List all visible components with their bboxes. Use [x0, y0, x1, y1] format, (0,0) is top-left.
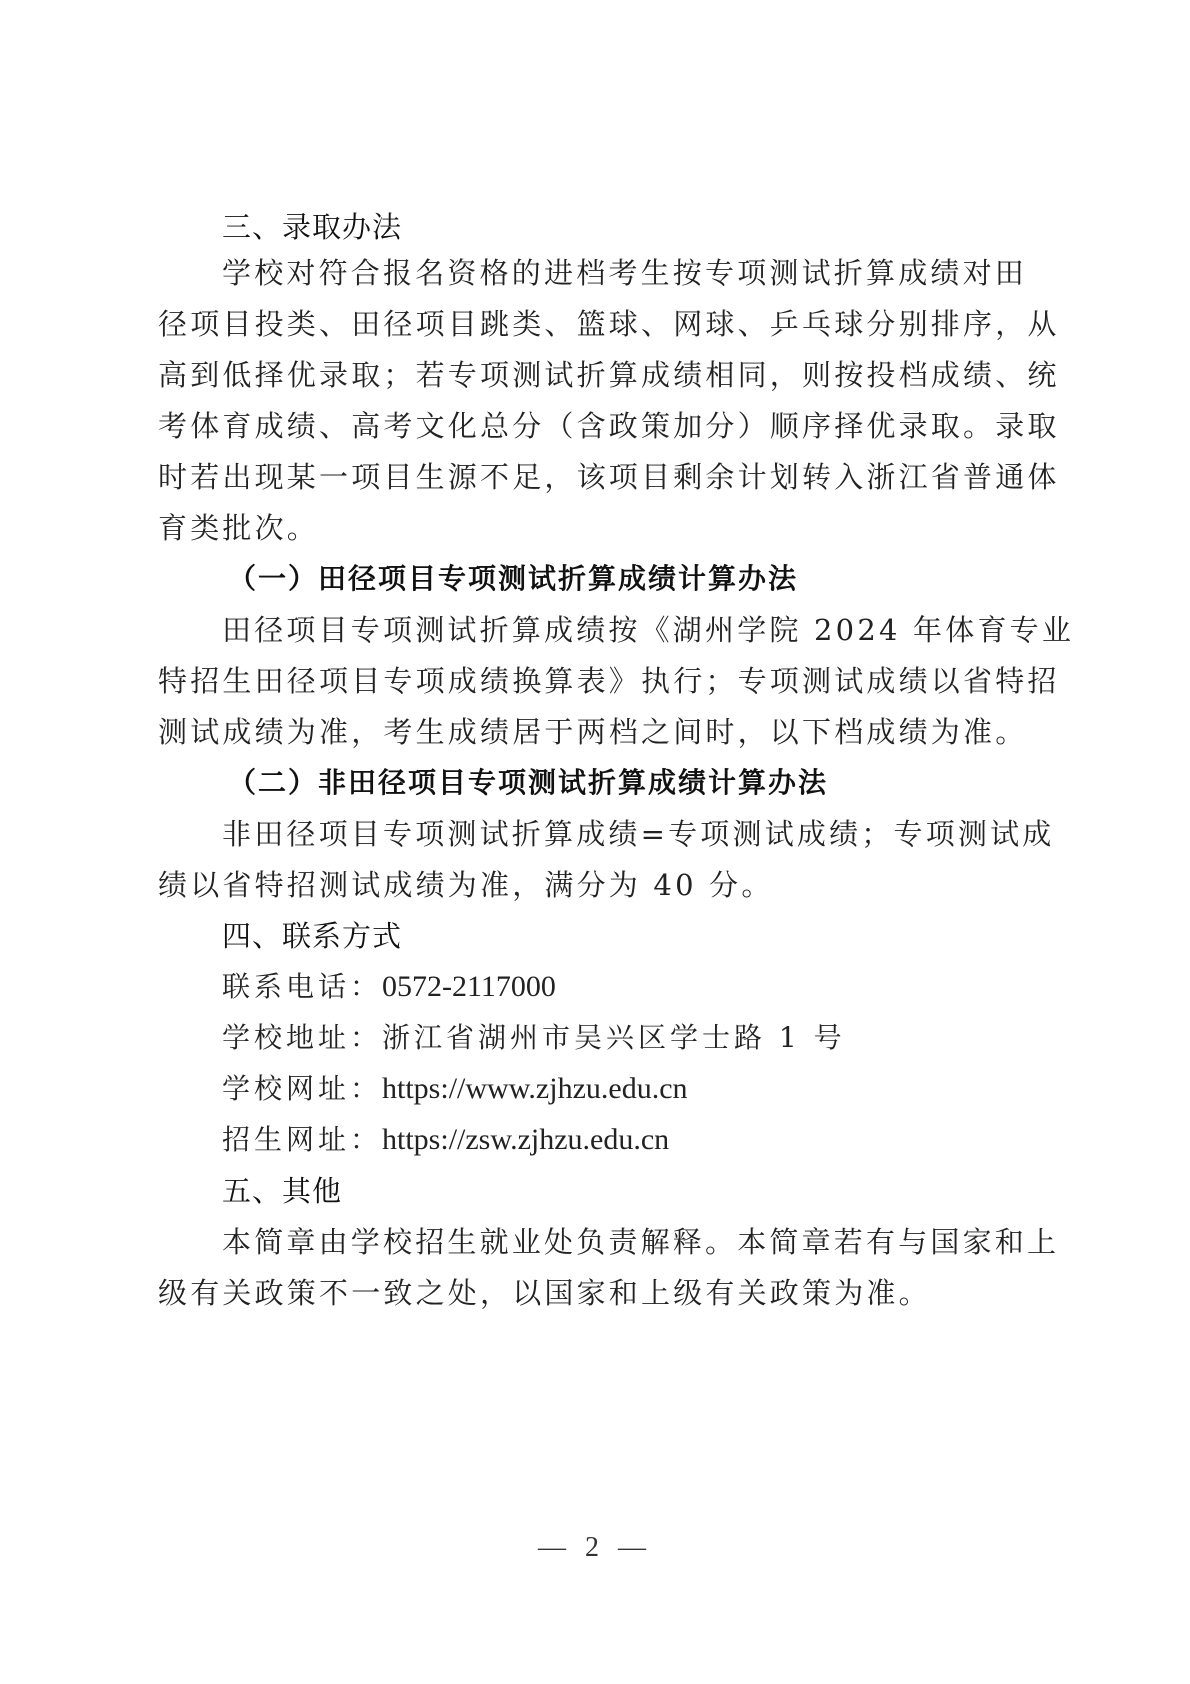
paragraph-line: 本简章由学校招生就业处负责解释。本简章若有与国家和上 — [222, 1222, 992, 1262]
paragraph-line: 绩以省特招测试成绩为准，满分为 40 分。 — [158, 865, 992, 905]
section-heading-admission: 三、录取办法 — [222, 207, 402, 247]
paragraph-line: 非田径项目专项测试折算成绩=专项测试成绩；专项测试成 — [222, 814, 992, 854]
paragraph-line: 径项目投类、田径项目跳类、篮球、网球、乒乓球分别排序，从 — [158, 304, 992, 344]
page-number: — 2 — — [0, 1532, 1190, 1564]
section-heading-other: 五、其他 — [222, 1171, 342, 1211]
contact-phone: 联系电话：0572-2117000 — [222, 967, 556, 1007]
document-page: 三、录取办法 学校对符合报名资格的进档考生按专项测试折算成绩对田 径项目投类、田… — [0, 0, 1190, 1684]
subheading-track-field: （一）田径项目专项测试折算成绩计算办法 — [228, 559, 798, 599]
contact-school-website: 学校网址：https://www.zjhzu.edu.cn — [222, 1069, 688, 1109]
contact-label: 学校网址： — [222, 1072, 382, 1105]
paragraph-line: 测试成绩为准，考生成绩居于两档之间时，以下档成绩为准。 — [158, 712, 992, 752]
paragraph-line: 考体育成绩、高考文化总分（含政策加分）顺序择优录取。录取 — [158, 406, 992, 446]
contact-label: 招生网址： — [222, 1123, 382, 1156]
school-website-link[interactable]: https://www.zjhzu.edu.cn — [382, 1072, 688, 1105]
paragraph-line: 学校对符合报名资格的进档考生按专项测试折算成绩对田 — [222, 253, 992, 293]
paragraph-line: 特招生田径项目专项成绩换算表》执行；专项测试成绩以省特招 — [158, 661, 992, 701]
contact-admission-website: 招生网址：https://zsw.zjhzu.edu.cn — [222, 1120, 669, 1160]
phone-number: 0572-2117000 — [382, 970, 556, 1003]
admission-website-link[interactable]: https://zsw.zjhzu.edu.cn — [382, 1123, 669, 1156]
paragraph-line: 高到低择优录取；若专项测试折算成绩相同，则按投档成绩、统 — [158, 355, 992, 395]
paragraph-line: 时若出现某一项目生源不足，该项目剩余计划转入浙江省普通体 — [158, 457, 992, 497]
subheading-non-track-field: （二）非田径项目专项测试折算成绩计算办法 — [228, 763, 828, 803]
paragraph-line: 育类批次。 — [158, 508, 992, 548]
address-value: 浙江省湖州市吴兴区学士路 1 号 — [382, 1021, 846, 1054]
contact-address: 学校地址：浙江省湖州市吴兴区学士路 1 号 — [222, 1018, 846, 1058]
paragraph-line: 田径项目专项测试折算成绩按《湖州学院 2024 年体育专业 — [222, 610, 992, 650]
contact-label: 联系电话： — [222, 970, 382, 1003]
paragraph-line: 级有关政策不一致之处，以国家和上级有关政策为准。 — [158, 1273, 992, 1313]
contact-label: 学校地址： — [222, 1021, 382, 1054]
section-heading-contact: 四、联系方式 — [222, 916, 402, 956]
